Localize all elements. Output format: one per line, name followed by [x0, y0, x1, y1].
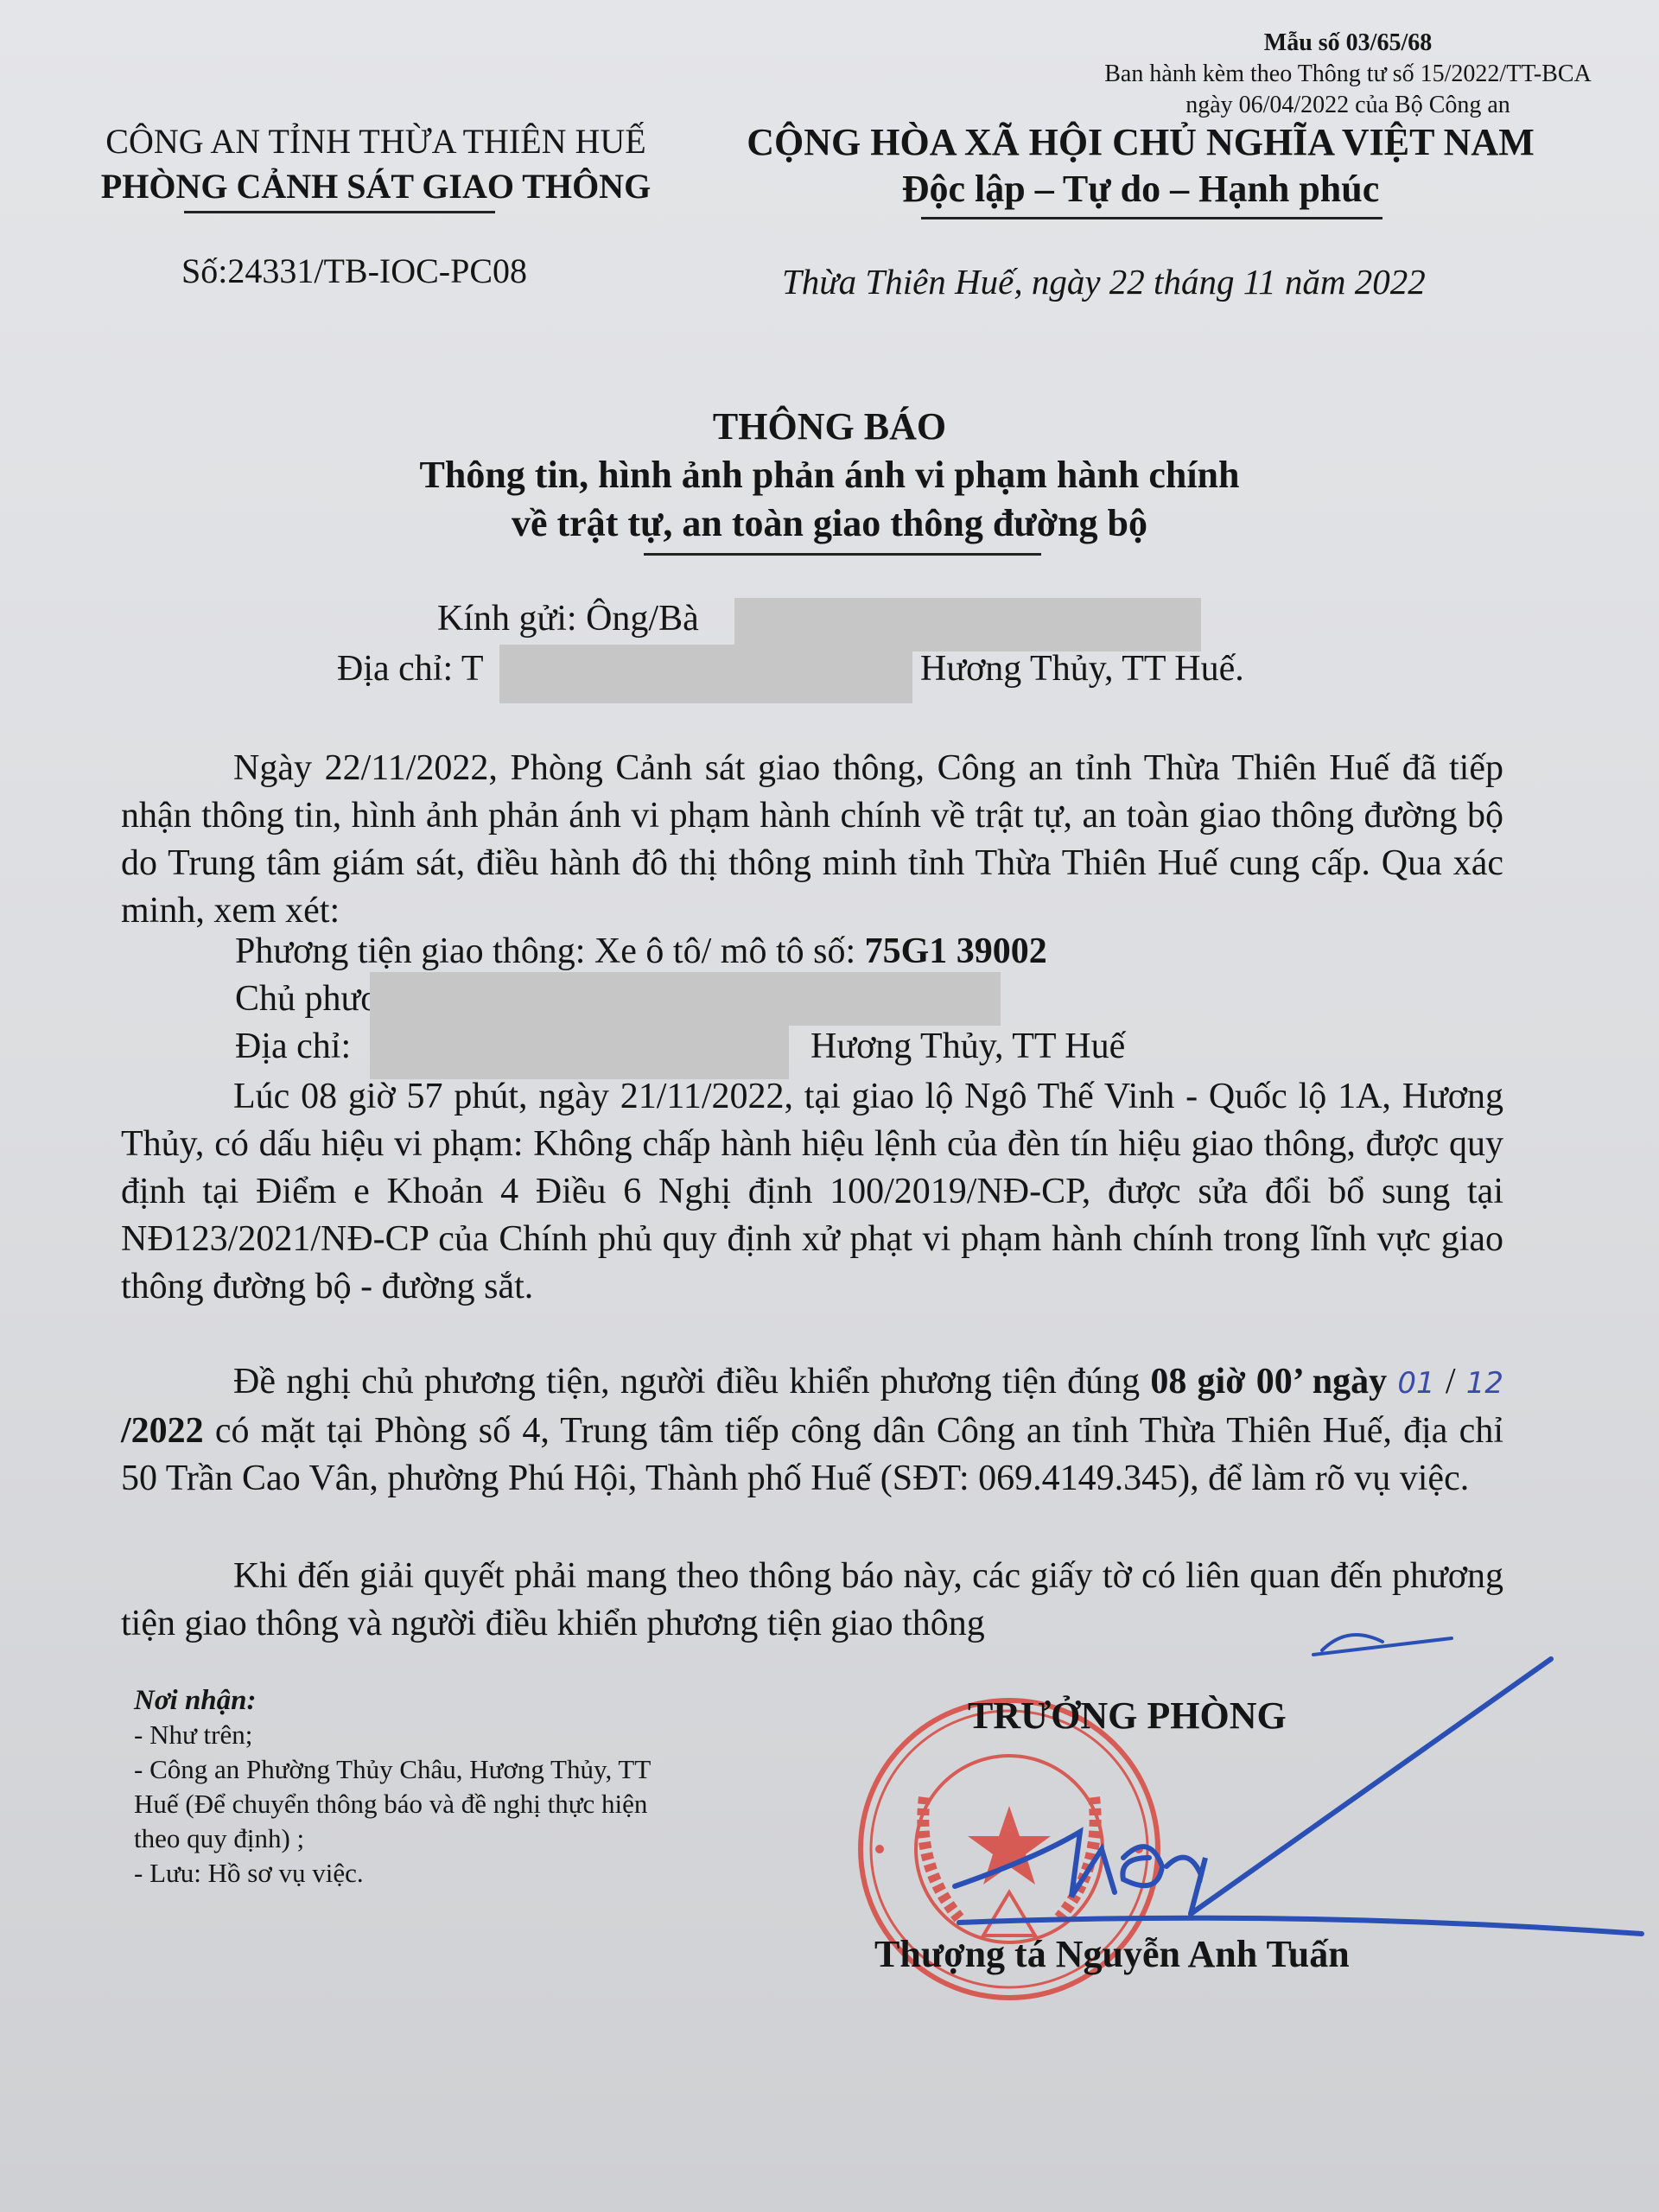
signer-name: Thượng tá Nguyễn Anh Tuấn: [874, 1932, 1350, 1976]
stamp-and-signature: [0, 0, 1659, 2212]
document-page: Mẫu số 03/65/68 Ban hành kèm theo Thông …: [0, 0, 1659, 2212]
signer-title: TRƯỞNG PHÒNG: [968, 1694, 1287, 1738]
signature-icon: [955, 1635, 1642, 1934]
